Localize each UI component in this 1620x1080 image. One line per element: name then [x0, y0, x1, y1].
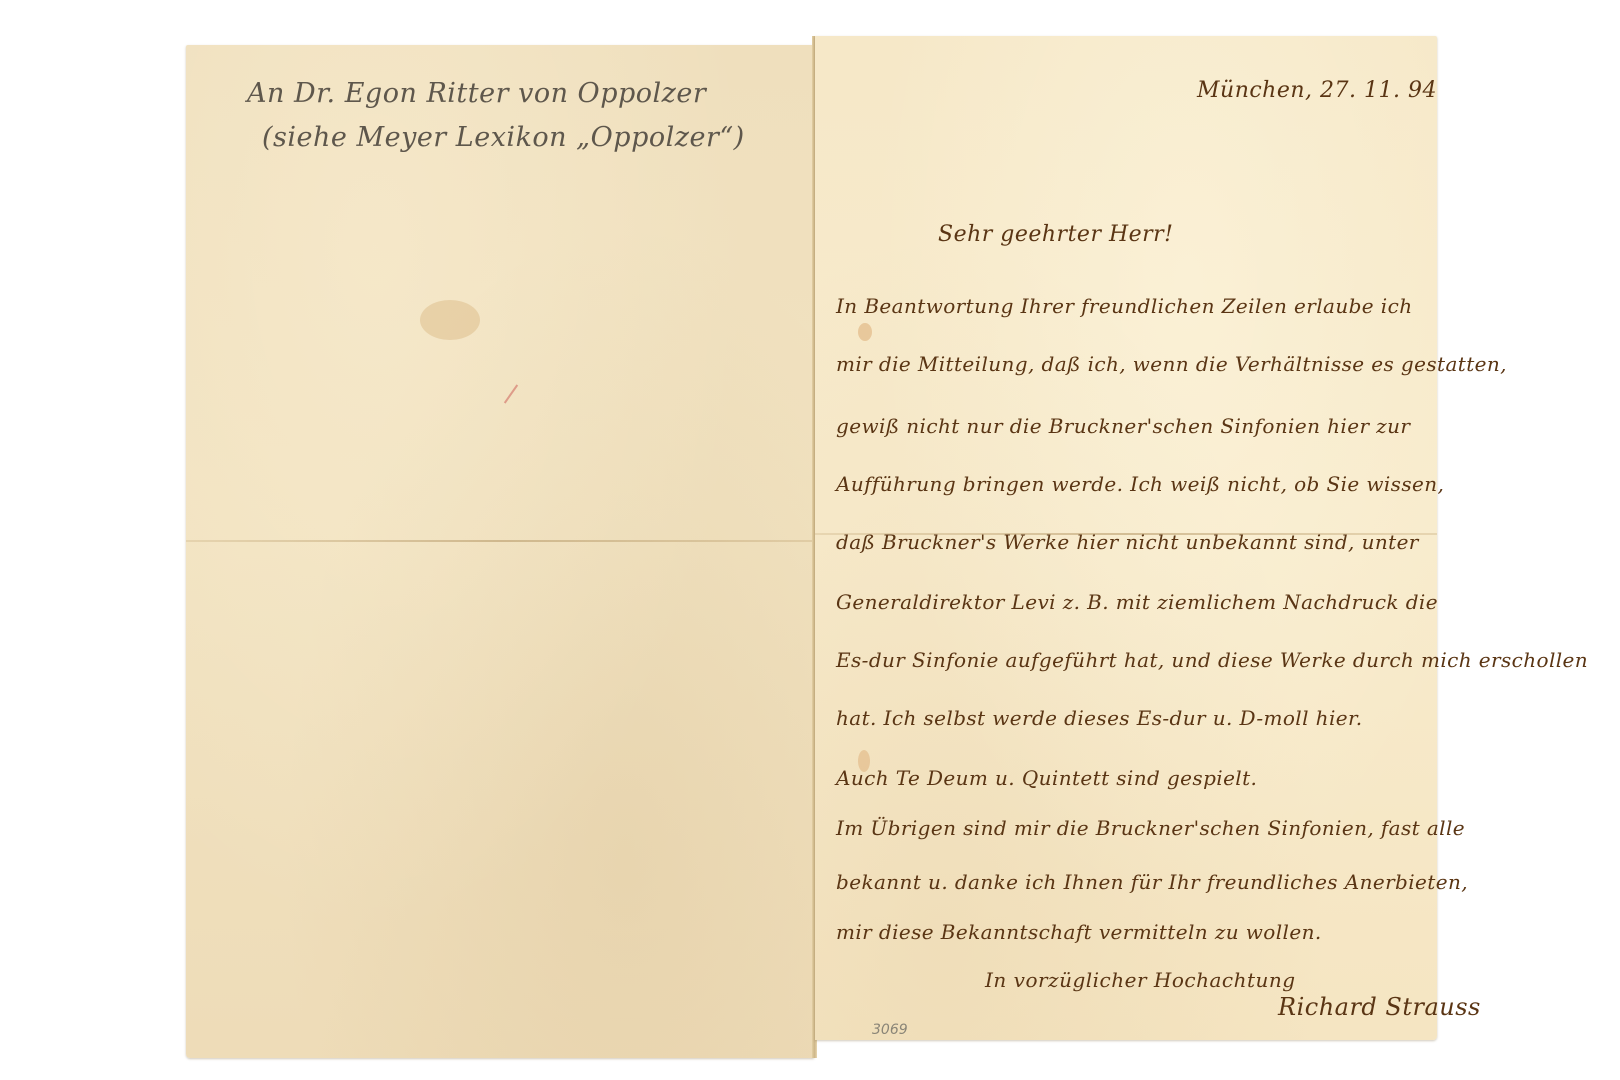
letter-body-line: Aufführung bringen werde. Ich weiß nicht…	[836, 472, 1444, 496]
paper-stain	[420, 300, 480, 340]
letter-body-line: daß Bruckner's Werke hier nicht unbekann…	[836, 530, 1419, 554]
document-photo: An Dr. Egon Ritter von Oppolzer (siehe M…	[0, 0, 1620, 1080]
letter-body-line: Im Übrigen sind mir die Bruckner'schen S…	[836, 816, 1465, 840]
closing-phrase: In vorzüglicher Hochachtung	[985, 968, 1296, 992]
letter-body-line: In Beantwortung Ihrer freundlichen Zeile…	[836, 294, 1412, 318]
letter-body-line: mir die Mitteilung, daß ich, wenn die Ve…	[836, 352, 1507, 376]
recipient-annotation-line-1: An Dr. Egon Ritter von Oppolzer	[247, 78, 706, 109]
salutation: Sehr geehrter Herr!	[938, 222, 1174, 247]
horizontal-fold-crease-left	[186, 540, 814, 542]
left-page	[186, 45, 814, 1058]
letter-body-line: bekannt u. danke ich Ihnen für Ihr freun…	[836, 870, 1468, 894]
letter-body-line: gewiß nicht nur die Bruckner'schen Sinfo…	[836, 414, 1410, 438]
archive-number: 3069	[872, 1022, 908, 1038]
letter-body-line: hat. Ich selbst werde dieses Es-dur u. D…	[836, 706, 1363, 730]
paper-stain	[858, 323, 872, 341]
letter-body-line: Auch Te Deum u. Quintett sind gespielt.	[836, 766, 1257, 790]
letter-body-line: Generaldirektor Levi z. B. mit ziemliche…	[836, 590, 1438, 614]
signature: Richard Strauss	[1278, 993, 1481, 1021]
place-and-date: München, 27. 11. 94	[1197, 78, 1437, 103]
letter-body-line: Es-dur Sinfonie aufgeführt hat, und dies…	[836, 648, 1588, 672]
letter-body-line: mir diese Bekanntschaft vermitteln zu wo…	[836, 920, 1322, 944]
recipient-annotation-line-2: (siehe Meyer Lexikon „Oppolzer“)	[262, 122, 745, 153]
